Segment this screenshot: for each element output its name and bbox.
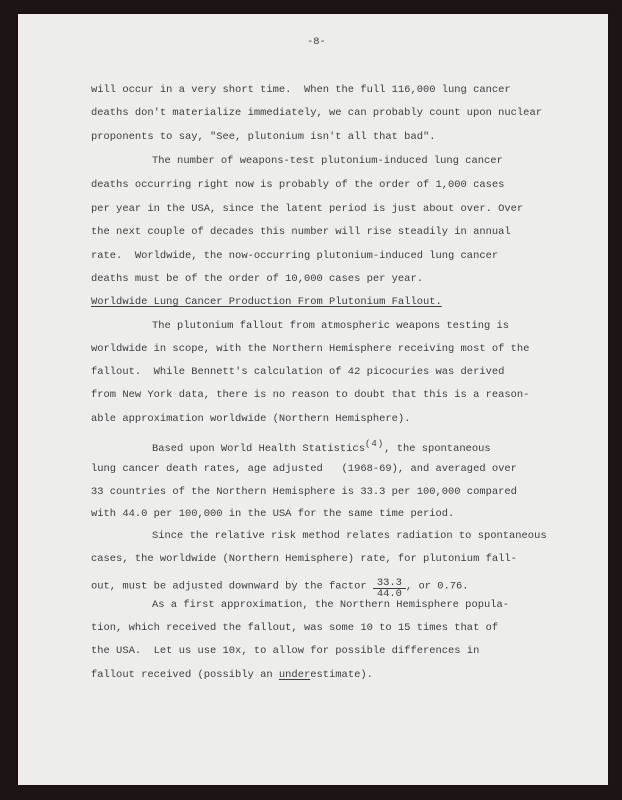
text-line: worldwide in scope, with the Northern He… bbox=[91, 342, 529, 356]
text-line: 33 countries of the Northern Hemisphere … bbox=[91, 485, 517, 499]
text-line: will occur in a very short time. When th… bbox=[91, 83, 511, 97]
document-page: -8- will occur in a very short time. Whe… bbox=[18, 14, 608, 785]
text-line: able approximation worldwide (Northern H… bbox=[91, 412, 410, 426]
text-line: fallout. While Bennett's calculation of … bbox=[91, 365, 504, 379]
text-line: with 44.0 per 100,000 in the USA for the… bbox=[91, 507, 454, 521]
text-span: estimate). bbox=[310, 669, 373, 681]
paragraph-start: Since the relative risk method relates r… bbox=[152, 529, 547, 543]
paragraph-start: Based upon World Health Statistics(4), t… bbox=[152, 437, 491, 456]
text-line: lung cancer death rates, age adjusted (1… bbox=[91, 462, 517, 476]
text-line: deaths must be of the order of 10,000 ca… bbox=[91, 272, 423, 286]
text-line: fallout received (possibly an underestim… bbox=[91, 668, 373, 682]
text-line: the next couple of decades this number w… bbox=[91, 225, 511, 239]
text-line: proponents to say, "See, plutonium isn't… bbox=[91, 130, 436, 144]
paragraph-start: The number of weapons-test plutonium-ind… bbox=[152, 154, 503, 168]
paragraph-start: The plutonium fallout from atmospheric w… bbox=[152, 319, 509, 333]
text-line: cases, the worldwide (Northern Hemispher… bbox=[91, 552, 517, 566]
citation-superscript: (4) bbox=[365, 439, 384, 449]
text-line: from New York data, there is no reason t… bbox=[91, 388, 529, 402]
text-line: tion, which received the fallout, was so… bbox=[91, 621, 498, 635]
text-line: per year in the USA, since the latent pe… bbox=[91, 202, 523, 216]
text-span: fallout received (possibly an bbox=[91, 669, 279, 681]
fraction: 33.344.0 bbox=[373, 578, 406, 599]
section-heading: Worldwide Lung Cancer Production From Pl… bbox=[91, 295, 442, 309]
page-number: -8- bbox=[307, 35, 326, 49]
text-line: deaths don't materialize immediately, we… bbox=[91, 106, 542, 120]
text-line: rate. Worldwide, the now-occurring pluto… bbox=[91, 249, 498, 263]
paragraph-start: As a first approximation, the Northern H… bbox=[152, 598, 509, 612]
text-line: deaths occurring right now is probably o… bbox=[91, 178, 504, 192]
text-line: out, must be adjusted downward by the fa… bbox=[91, 575, 469, 596]
underlined-emphasis: under bbox=[279, 669, 310, 681]
text-span: out, must be adjusted downward by the fa… bbox=[91, 580, 373, 592]
text-span: , the spontaneous bbox=[384, 443, 490, 455]
text-span: Based upon World Health Statistics bbox=[152, 443, 365, 455]
text-span: , or 0.76. bbox=[406, 580, 469, 592]
text-line: the USA. Let us use 10x, to allow for po… bbox=[91, 644, 479, 658]
